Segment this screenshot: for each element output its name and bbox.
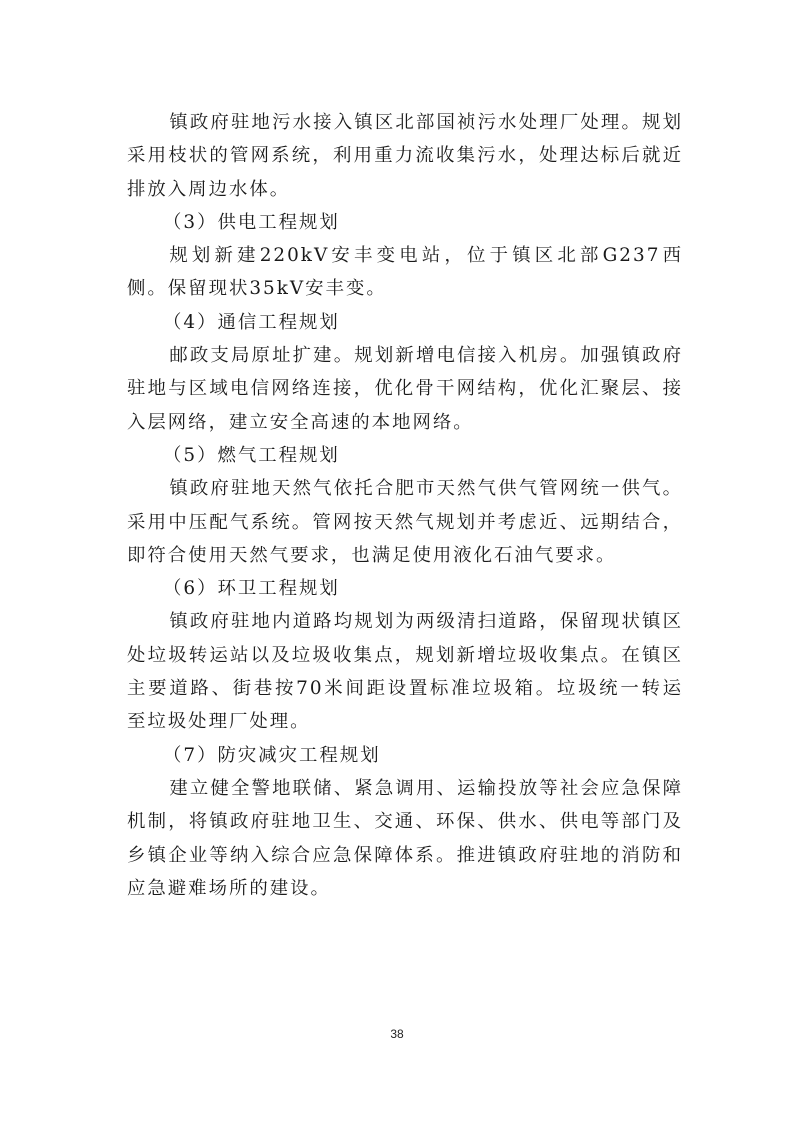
heading-sanitation: （6）环卫工程规划	[127, 572, 683, 605]
paragraph-disaster-prevention: 建立健全警地联储、紧急调用、运输投放等社会应急保障机制，将镇政府驻地卫生、交通、…	[127, 772, 683, 905]
paragraph-sanitation: 镇政府驻地内道路均规划为两级清扫道路，保留现状镇区处垃圾转运站以及垃圾收集点，规…	[127, 605, 683, 738]
heading-disaster-prevention: （7）防灾减灾工程规划	[127, 739, 683, 772]
page-number: 38	[0, 1027, 794, 1041]
heading-telecom: （4）通信工程规划	[127, 306, 683, 339]
paragraph-gas: 镇政府驻地天然气依托合肥市天然气供气管网统一供气。采用中压配气系统。管网按天然气…	[127, 472, 683, 572]
paragraph-telecom: 邮政支局原址扩建。规划新增电信接入机房。加强镇政府驻地与区域电信网络连接，优化骨…	[127, 339, 683, 439]
heading-gas: （5）燃气工程规划	[127, 439, 683, 472]
heading-power-supply: （3）供电工程规划	[127, 206, 683, 239]
document-body: 镇政府驻地污水接入镇区北部国祯污水处理厂处理。规划采用枝状的管网系统，利用重力流…	[127, 106, 683, 905]
paragraph-power-supply: 规划新建220kV安丰变电站，位于镇区北部G237西侧。保留现状35kV安丰变。	[127, 239, 683, 306]
paragraph-sewage: 镇政府驻地污水接入镇区北部国祯污水处理厂处理。规划采用枝状的管网系统，利用重力流…	[127, 106, 683, 206]
